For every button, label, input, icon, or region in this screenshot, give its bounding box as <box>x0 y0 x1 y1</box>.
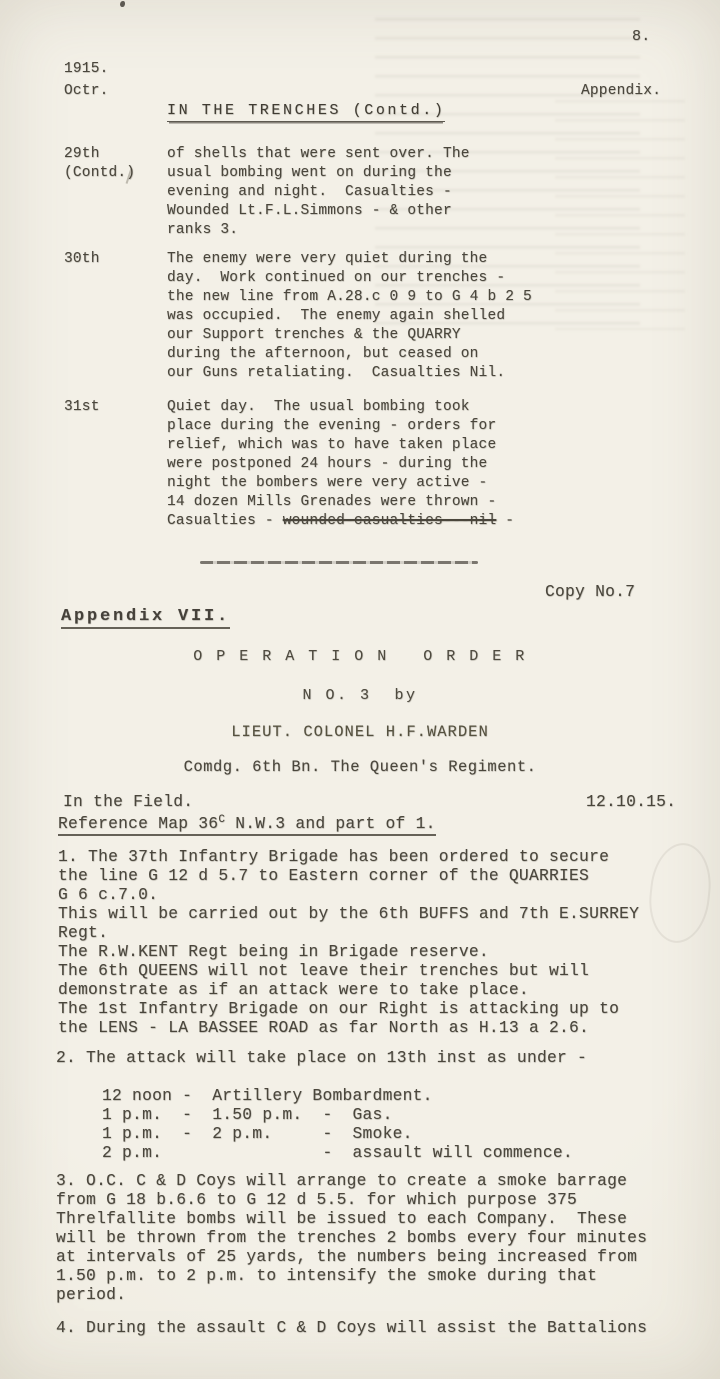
ink-speck <box>120 1 125 7</box>
appendix-label: Appendix. <box>581 82 661 101</box>
paper-watermark <box>645 840 715 946</box>
paragraph-4: 4. During the assault C & D Coys will as… <box>56 1318 647 1337</box>
section-divider-rule <box>200 561 478 564</box>
diary-section-heading: IN THE TRENCHES (Contd.) <box>167 102 445 119</box>
appendix-vii-heading-text: Appendix VII. <box>61 607 230 629</box>
commanding-officer-name: LIEUT. COLONEL H.F.WARDEN <box>30 723 690 741</box>
diary-section-heading-text: IN THE TRENCHES (Contd.) <box>167 102 445 122</box>
map-reference-suffix: N.W.3 and part of 1. <box>225 814 435 833</box>
war-diary-page: 8. 1915. Octr. Appendix. IN THE TRENCHES… <box>0 0 720 1379</box>
entry-date-30th: 30th <box>64 250 100 269</box>
map-reference-prefix: Reference Map 36 <box>58 814 218 833</box>
operation-order-number: N O. 3 by <box>30 687 690 704</box>
place-line: In the Field. <box>63 792 193 811</box>
attack-timetable: 12 noon - Artillery Bombardment. 1 p.m. … <box>102 1086 573 1162</box>
paragraph-2-intro: 2. The attack will take place on 13th in… <box>56 1048 587 1067</box>
struck-out-text: wounded-casualties---nil <box>283 513 497 529</box>
entry-date-31st: 31st <box>64 398 100 417</box>
order-date: 12.10.15. <box>586 792 676 811</box>
appendix-vii-heading: Appendix VII. <box>61 607 230 626</box>
commanding-unit-line: Comdg. 6th Bn. The Queen's Regiment. <box>30 758 690 776</box>
paragraph-1: 1. The 37th Infantry Brigade has been or… <box>58 847 639 1037</box>
entry-text-30th: The enemy were very quiet during the day… <box>167 250 532 383</box>
paragraph-3: 3. O.C. C & D Coys will arrange to creat… <box>56 1171 647 1304</box>
entry-date-29th: 29th (Contd.) <box>64 145 135 183</box>
page-number: 8. <box>632 27 650 46</box>
entry-text-31st: Quiet day. The usual bombing took place … <box>167 398 496 512</box>
entry-text-31st-casualties-line: Casualties - wounded-casualties---nil - <box>167 512 514 531</box>
casualties-trailing-dash: - <box>496 513 514 529</box>
diary-year: 1915. <box>64 60 109 79</box>
operation-order-title: O P E R A T I O N O R D E R <box>30 648 690 665</box>
diary-month: Octr. <box>64 82 109 101</box>
entry-text-29th: of shells that were sent over. The usual… <box>167 145 470 240</box>
casualties-label: Casualties - <box>167 513 283 529</box>
map-reference-text: Reference Map 36C N.W.3 and part of 1. <box>58 814 436 836</box>
bleed-through-ghost-text <box>555 100 685 330</box>
map-reference-line: Reference Map 36C N.W.3 and part of 1. <box>58 811 436 833</box>
copy-number: Copy No.7 <box>545 582 635 601</box>
